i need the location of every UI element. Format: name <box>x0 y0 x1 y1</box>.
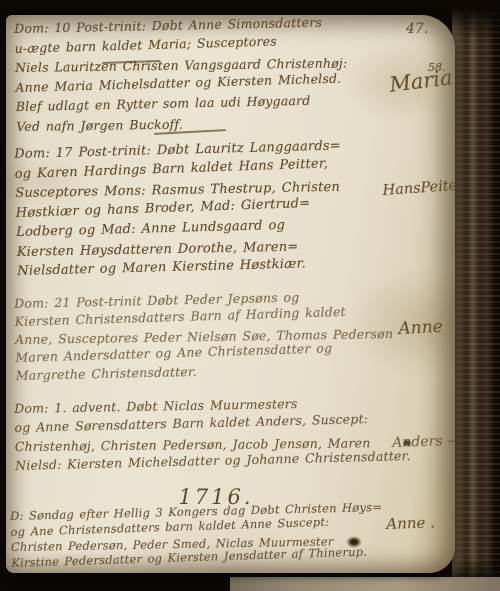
baptism-entry-1: Dom: 10 Post-trinit: Døbt Anne Simonsdat… <box>14 15 394 136</box>
baptism-entry-2: Dom: 17 Post-trinit: Døbt Lauritz Langga… <box>14 135 395 281</box>
underlying-page-edge <box>208 577 500 591</box>
margin-note-maria: Maria. <box>388 64 455 96</box>
margin-note-anne: Anne <box>398 317 443 339</box>
scanned-parish-register-photo: 47. 58. Dom: 10 Post-trinit: Døbt Anne S… <box>0 0 500 591</box>
folio-number: 47. <box>406 21 428 37</box>
book-fore-edge <box>452 0 500 591</box>
baptism-entry-3: Dom: 21 Post-trinit Døbt Peder Jepsøns o… <box>14 286 394 385</box>
baptism-entry-5: D: Søndag efter Hellig 3 Kongers dag Døb… <box>10 500 389 571</box>
ink-blot <box>402 439 412 447</box>
margin-note-anne-2: Anne . <box>386 513 435 533</box>
manuscript-page: 47. 58. Dom: 10 Post-trinit: Døbt Anne S… <box>6 15 455 573</box>
baptism-entry-4: Dom: 1. advent. Døbt Niclas Muurmesters … <box>14 392 393 475</box>
photo-bottom-border <box>0 574 230 591</box>
ink-blot <box>346 536 362 548</box>
